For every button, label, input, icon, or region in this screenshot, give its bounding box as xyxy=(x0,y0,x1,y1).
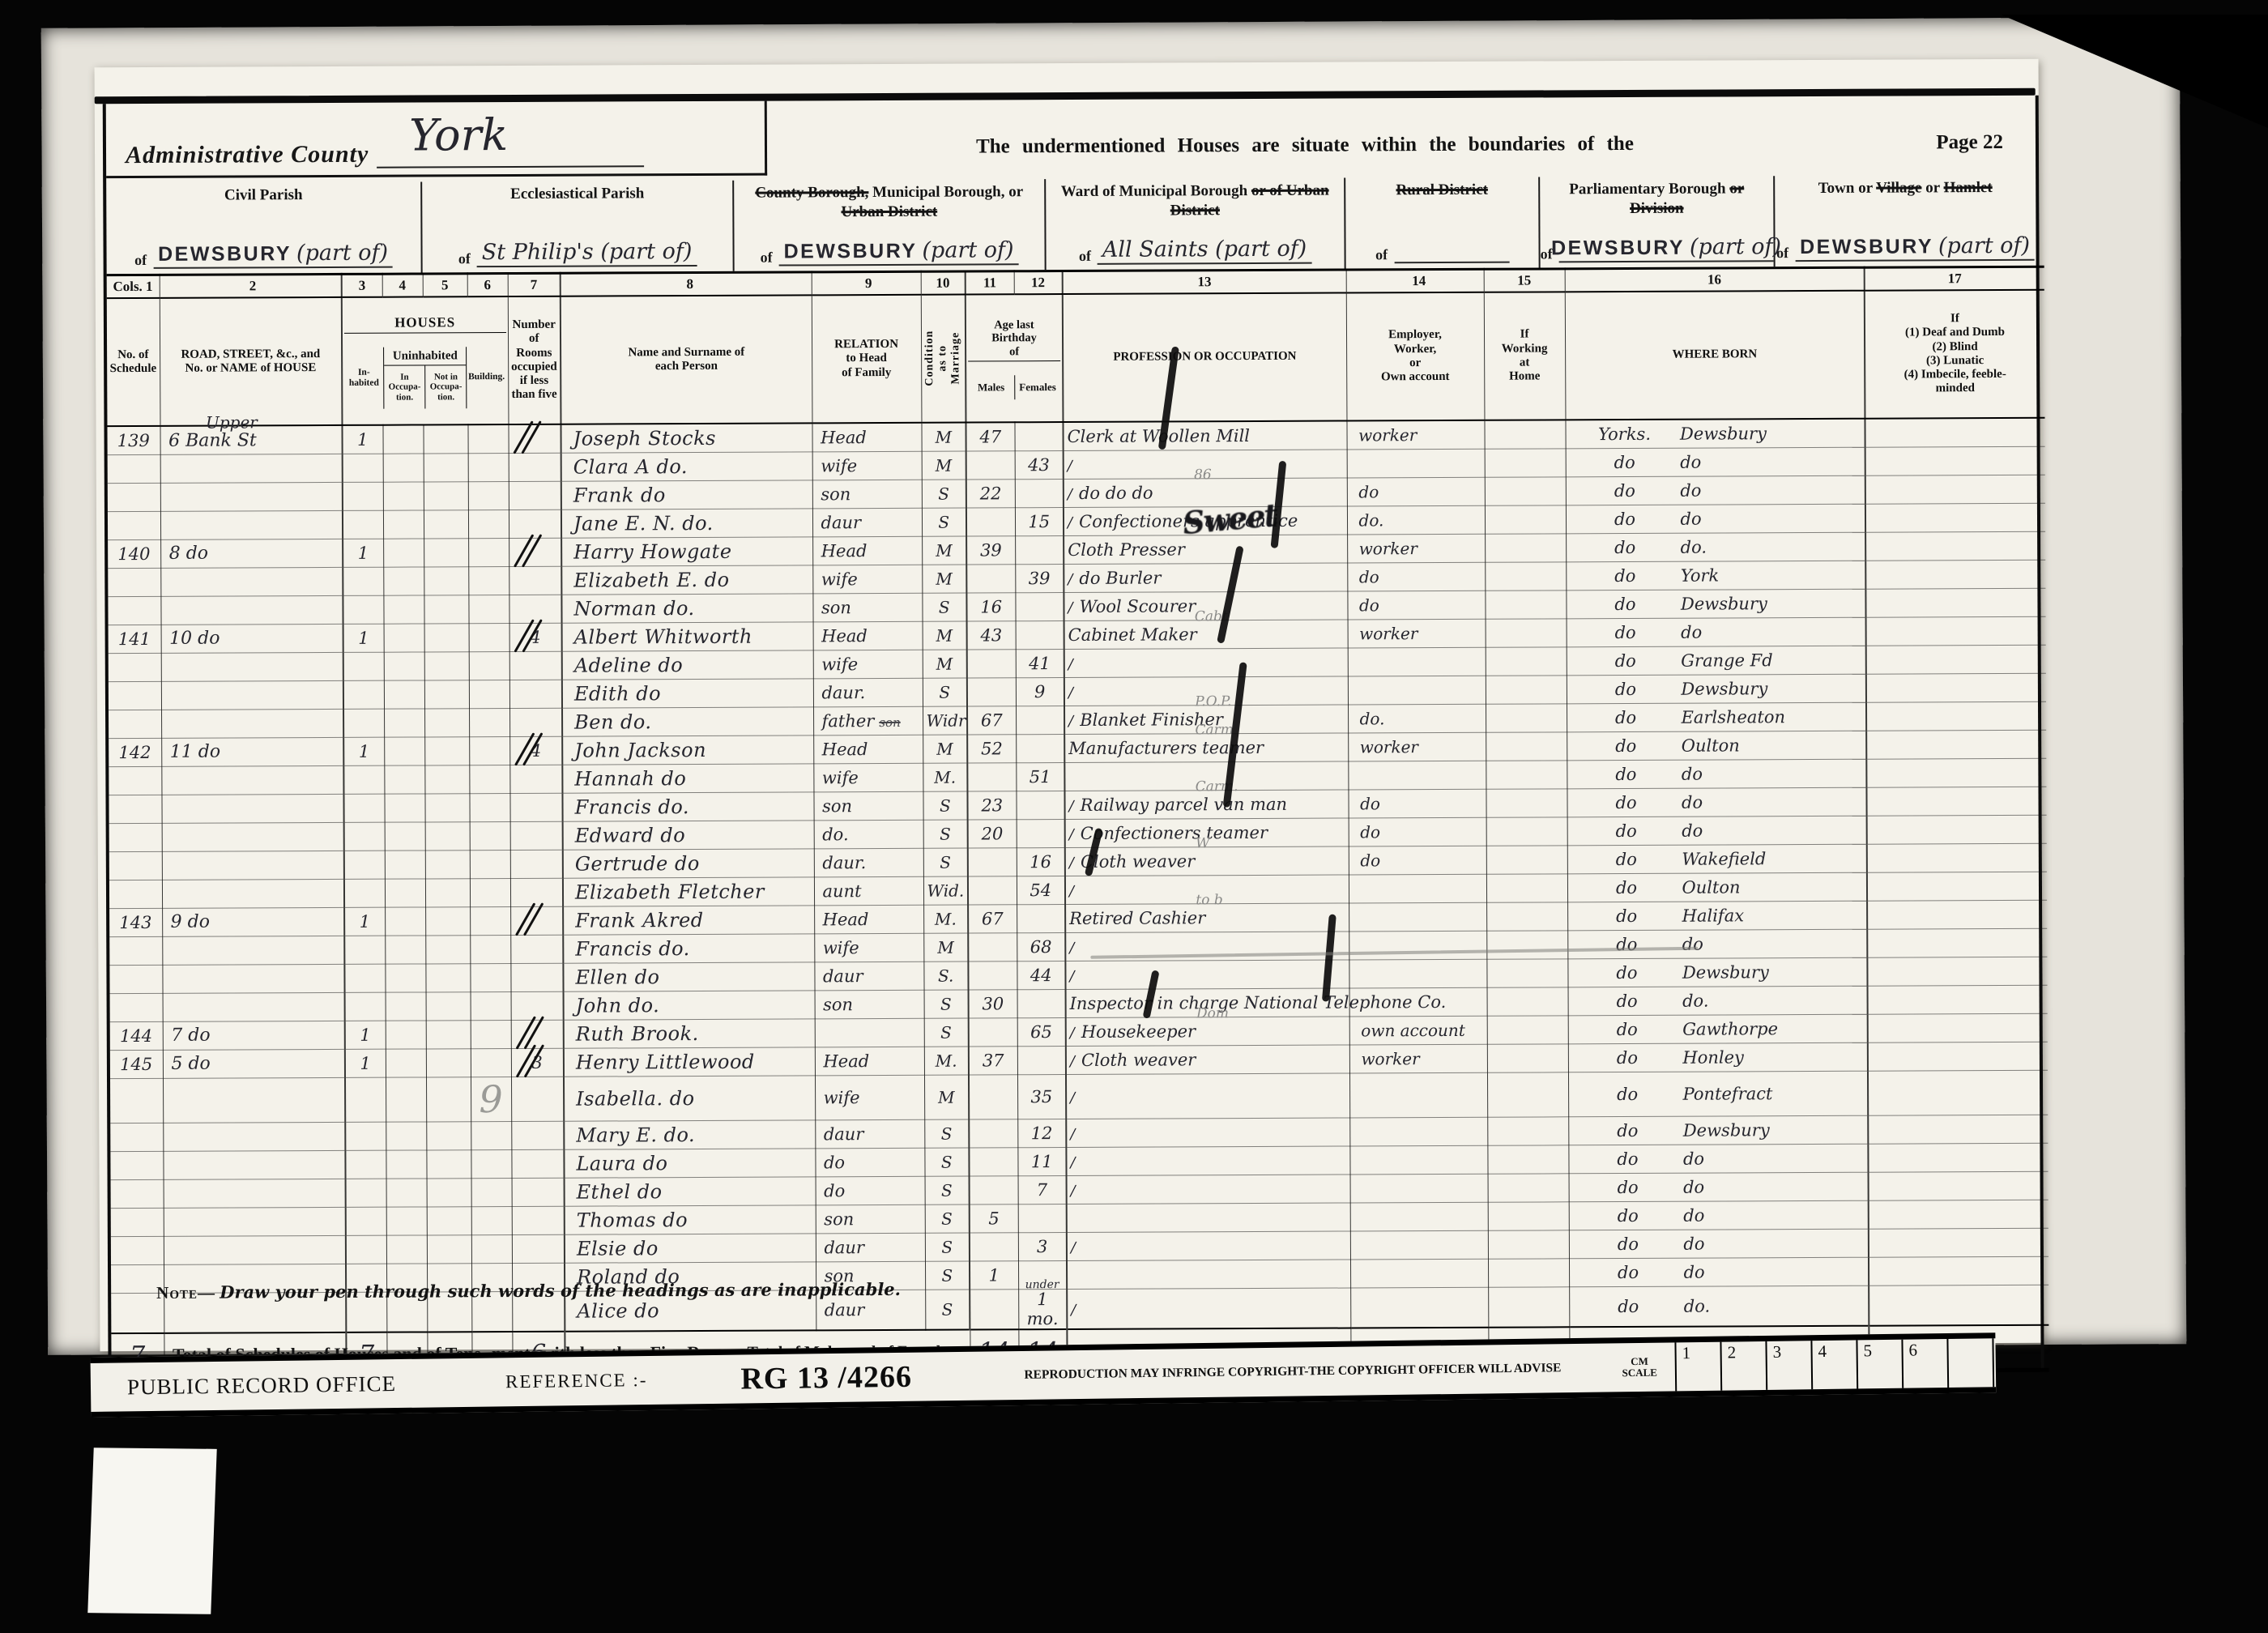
road-cell: 9 do xyxy=(162,907,344,936)
where-born-wrap: doEarlsheaton xyxy=(1571,706,1863,727)
working-at-home-cell xyxy=(1486,732,1567,761)
undermentioned-houses-text: The undermentioned Houses are situate wi… xyxy=(787,132,1823,160)
ruler-cell: 3 xyxy=(1767,1341,1813,1390)
condition-cell: S. xyxy=(923,961,968,990)
building-cell xyxy=(470,850,510,878)
condition-cell: S xyxy=(923,791,967,820)
age-female-cell: 65 xyxy=(1017,1017,1066,1046)
road-cell xyxy=(160,482,343,511)
age-male-cell: 43 xyxy=(967,621,1016,650)
name-cell: John do. xyxy=(564,991,815,1020)
road-cell xyxy=(163,1150,345,1179)
where-born-cell: Yorks.Dewsbury xyxy=(1565,419,1865,449)
infirmity-cell xyxy=(1869,1285,2048,1325)
building-cell xyxy=(470,906,510,935)
age-female-cell: 68 xyxy=(1017,932,1065,961)
age-female-cell xyxy=(1015,479,1064,507)
infirmity-cell xyxy=(1865,475,2045,504)
condition-cell: S xyxy=(925,1261,970,1290)
header-condition: Condition as to Marriage xyxy=(921,294,966,423)
age-male-cell: 30 xyxy=(969,990,1017,1018)
schedule-number-cell xyxy=(108,483,160,511)
column-number: Cols. 1 xyxy=(107,275,160,297)
tally-tick: ∕ xyxy=(1071,1302,1076,1319)
uninhabited-not-occupation-cell xyxy=(424,680,469,708)
condition-cell: M. xyxy=(923,905,968,933)
schedule-number-cell: 141 xyxy=(109,625,161,653)
name-cell: Ellen do xyxy=(563,962,814,991)
column-number: 7 xyxy=(508,273,561,296)
tally-tick: ∕ xyxy=(1069,883,1074,900)
age-female-cell: 9 xyxy=(1016,677,1064,706)
relation-cell: wife xyxy=(812,451,922,480)
occupation-cell: Retired Cashierto b xyxy=(1065,903,1349,933)
employer-cell: do. xyxy=(1347,505,1485,535)
admin-county-row: Administrative County York The underment… xyxy=(106,96,2036,183)
where-born-county: do xyxy=(1571,849,1682,869)
uninhabited-in-occupation-cell xyxy=(385,936,425,964)
working-at-home-cell xyxy=(1486,676,1567,704)
uninhabited-not-occupation-cell xyxy=(425,906,470,935)
where-born-county: do xyxy=(1571,792,1682,812)
age-male-cell xyxy=(969,1119,1017,1148)
name-cell: Mary E. do. xyxy=(564,1120,815,1149)
age-male-cell xyxy=(968,933,1017,961)
where-born-wrap: dodo xyxy=(1571,791,1863,812)
road-cell xyxy=(161,680,343,710)
header-rooms: Number of Rooms occupied if less than fi… xyxy=(508,296,561,424)
occupation-text: Cloth weaver xyxy=(1081,851,1195,872)
road-cell: 11 do xyxy=(161,737,343,766)
inhabited-cell xyxy=(343,510,383,539)
employer-cell xyxy=(1350,1174,1488,1203)
relation-cell: Head xyxy=(814,905,923,934)
name-cell: Edith do xyxy=(562,679,813,708)
occupation-text: do Burler xyxy=(1079,568,1161,587)
working-at-home-cell xyxy=(1485,562,1566,591)
age-female-cell xyxy=(1016,734,1064,762)
road-cell xyxy=(162,822,344,851)
age-female-cell: 16 xyxy=(1017,847,1065,876)
employer-cell xyxy=(1350,1259,1488,1288)
working-at-home-cell xyxy=(1488,1174,1569,1202)
administrative-county-label: Administrative County xyxy=(126,141,369,169)
relation-cell: son xyxy=(816,1204,925,1234)
relation-cell: daur. xyxy=(814,848,923,877)
rooms-cell xyxy=(509,651,562,680)
rooms-cell xyxy=(512,1234,565,1263)
where-born-county: do xyxy=(1570,565,1681,586)
cm-scale-label: CM SCALE xyxy=(1622,1355,1657,1379)
uninhabited-not-occupation-cell xyxy=(427,1178,471,1206)
condition-cell: S xyxy=(922,593,966,621)
working-at-home-cell xyxy=(1485,449,1566,477)
schedule-number-cell xyxy=(109,766,161,795)
schedule-number-cell xyxy=(110,993,163,1021)
road-cell xyxy=(162,936,344,965)
where-born-wrap: dodo xyxy=(1570,621,1862,642)
ruler-cell xyxy=(1948,1338,1994,1388)
employer-cell: worker xyxy=(1346,420,1484,450)
infirmity-cell xyxy=(1869,1171,2048,1200)
administrative-county-box: Administrative County York xyxy=(106,101,767,179)
occupation-text: Wool Scourer xyxy=(1079,596,1196,616)
age-male-cell xyxy=(967,678,1016,706)
where-born-cell: dodo xyxy=(1569,1200,1869,1230)
age-female-cell: 12 xyxy=(1017,1119,1066,1147)
census-form-page: Administrative County York The underment… xyxy=(95,59,2044,1351)
schedule-number-cell xyxy=(109,965,162,993)
road-cell xyxy=(163,1077,345,1123)
name-cell: Francis do. xyxy=(562,792,813,821)
rooms-cell xyxy=(511,991,564,1020)
relation-cell: son xyxy=(815,990,924,1019)
condition-cell: Wid. xyxy=(923,876,968,905)
occupation-cell: ∕Cloth weaverW xyxy=(1065,846,1349,876)
where-born-place: Oulton xyxy=(1682,876,1863,897)
where-born-wrap: doWakefield xyxy=(1571,848,1863,869)
road-cell xyxy=(164,1207,346,1236)
uninhabited-not-occupation-cell xyxy=(426,1048,471,1077)
road-cell xyxy=(163,1122,345,1151)
where-born-place: do. xyxy=(1682,990,1864,1010)
building-cell xyxy=(468,566,509,595)
district-label-segment: Village xyxy=(1876,179,1921,196)
district-label-segment: Urban District xyxy=(841,203,937,220)
where-born-cell: dodo xyxy=(1566,504,1865,534)
schedule-number-cell xyxy=(110,1123,163,1151)
name-cell: Joseph Stocks xyxy=(561,424,812,453)
where-born-wrap: doPontefract xyxy=(1572,1083,1865,1104)
employer-cell: do xyxy=(1349,846,1486,875)
rooms-cell xyxy=(511,1077,564,1121)
schedule-number-cell xyxy=(110,1151,163,1179)
age-male-cell: 1 xyxy=(970,1261,1018,1290)
district-3: Ward of Municipal Borough or of Urban Di… xyxy=(1046,178,1345,271)
district-stamp-value: DEWSBURY xyxy=(1551,237,1685,261)
infirmity-cell xyxy=(1867,928,2047,957)
age-male-cell: 37 xyxy=(969,1047,1017,1075)
column-number: 10 xyxy=(921,271,966,294)
district-5: Parliamentary Borough or DivisionofDEWSB… xyxy=(1540,176,1775,267)
age-female-cell: 39 xyxy=(1015,564,1064,592)
column-number: 11 xyxy=(966,271,1014,294)
where-born-county: do xyxy=(1570,622,1681,642)
tally-tick: ∕ xyxy=(1068,599,1072,616)
infirmity-cell xyxy=(1869,1200,2048,1229)
age-female-cell: 7 xyxy=(1018,1175,1067,1204)
name-cell: Elizabeth E. do xyxy=(561,565,812,595)
where-born-wrap: dodo xyxy=(1571,820,1863,841)
infirmity-cell xyxy=(1868,1070,2048,1115)
name-cell: John Jackson xyxy=(562,735,813,765)
road-cell xyxy=(164,1235,346,1264)
where-born-wrap: doOulton xyxy=(1571,735,1863,756)
uninhabited-in-occupation-cell xyxy=(386,1077,426,1122)
road-cell xyxy=(163,992,345,1021)
inhabited-cell: 1 xyxy=(343,624,384,652)
rooms-cell xyxy=(511,1149,564,1178)
tally-tick: ∕ xyxy=(1068,571,1072,588)
paper-scrap xyxy=(87,1448,216,1614)
rooms-cell xyxy=(510,906,563,935)
uninhabited-not-occupation-cell xyxy=(424,651,469,680)
column-headers-row: No. of Schedule ROAD, STREET, &c., and N… xyxy=(107,289,2045,426)
infirmity-cell xyxy=(1869,1256,2048,1286)
employer-cell: worker xyxy=(1347,534,1485,563)
age-male-cell xyxy=(968,876,1017,905)
uninhabited-in-occupation-cell xyxy=(385,964,425,992)
where-born-place: do xyxy=(1680,451,1861,471)
where-born-cell: doGrange Fd xyxy=(1567,646,1866,676)
building-cell xyxy=(469,708,509,736)
road-cell: 7 do xyxy=(163,1021,345,1050)
where-born-county: do xyxy=(1571,707,1682,727)
relation-cell: Head xyxy=(813,735,923,764)
building-cell xyxy=(469,765,509,793)
rooms-cell xyxy=(510,850,563,878)
where-born-wrap: doDewsbury xyxy=(1571,961,1864,983)
inhabited-cell: 1 xyxy=(343,737,384,765)
employer-cell: own account xyxy=(1349,1016,1487,1045)
road-cell xyxy=(160,454,343,483)
where-born-cell: dodo xyxy=(1569,1257,1869,1287)
where-born-cell: dodo xyxy=(1567,617,1866,647)
where-born-place: Oulton xyxy=(1682,735,1863,755)
inhabited-cell xyxy=(343,680,384,709)
district-value-line: DEWSBURY(part of) xyxy=(778,237,1018,266)
occupation-cell: ∕ xyxy=(1066,1118,1349,1148)
building-cell xyxy=(471,1121,511,1149)
occupation-cell: ∕ xyxy=(1065,960,1349,990)
where-born-place: do xyxy=(1680,508,1861,528)
where-born-place: do xyxy=(1681,621,1862,642)
district-label-segment: Ecclesiastical Parish xyxy=(510,185,644,203)
inhabited-cell xyxy=(344,936,385,964)
page-number: Page 22 xyxy=(1936,131,2003,154)
district-label: Parliamentary Borough or Division xyxy=(1540,179,1773,219)
age-female-cell: 1 mo.under xyxy=(1018,1289,1067,1329)
inhabited-cell xyxy=(345,1077,386,1122)
inhabited-cell xyxy=(345,1150,386,1179)
district-label: County Borough, Municipal Borough, or Ur… xyxy=(734,182,1044,222)
where-born-place: Grange Fd xyxy=(1681,650,1862,670)
road-cell: 5 do xyxy=(163,1049,345,1078)
inhabited-cell xyxy=(343,765,384,794)
where-born-place: Dewsbury xyxy=(1681,593,1862,613)
uninhabited-not-occupation-cell xyxy=(423,424,467,453)
uninhabited-not-occupation-cell xyxy=(424,510,468,538)
rooms-cell xyxy=(512,1178,565,1206)
column-number: 8 xyxy=(561,272,812,296)
employer-cell xyxy=(1347,449,1485,478)
age-female-cell: 43 xyxy=(1015,450,1064,479)
column-number: 5 xyxy=(423,274,467,296)
age-male-cell: 20 xyxy=(968,820,1017,848)
where-born-cell: dodo xyxy=(1566,447,1865,477)
district-0: Civil ParishofDEWSBURY(part of) xyxy=(106,181,422,274)
condition-cell: S xyxy=(925,1233,970,1261)
ruler-cell: 4 xyxy=(1812,1340,1858,1389)
pencil-annotation: P.O.P. xyxy=(1195,693,1231,710)
header-age: Age last Birthday of xyxy=(968,317,1060,362)
district-script-value: (part of) xyxy=(922,237,1013,262)
schedule-number-cell xyxy=(109,710,161,738)
district-label-segment: Town or xyxy=(1818,180,1877,197)
name-cell: Ben do. xyxy=(562,707,813,736)
where-born-wrap: doHalifax xyxy=(1571,905,1864,926)
where-born-cell: doDewsbury xyxy=(1566,589,1865,619)
occupation-cell xyxy=(1067,1260,1350,1290)
uninhabited-not-occupation-cell xyxy=(426,1077,471,1121)
district-value: ofSt Philip's (part of) xyxy=(422,239,732,268)
infirmity-cell xyxy=(1866,787,2046,816)
pencil-annotation: 9 xyxy=(479,1077,503,1121)
where-born-wrap: dodo xyxy=(1571,763,1863,784)
name-cell: Edward do xyxy=(563,821,814,850)
uninhabited-not-occupation-cell xyxy=(424,453,468,481)
age-female-cell xyxy=(1016,706,1064,734)
infirmity-cell xyxy=(1865,588,2045,617)
relation-cell: Head xyxy=(812,423,921,452)
employer-cell: do xyxy=(1347,477,1485,506)
name-cell: Isabella. do xyxy=(564,1076,815,1121)
condition-cell: M. xyxy=(923,763,967,791)
age-male-cell xyxy=(966,451,1015,480)
building-cell xyxy=(468,453,509,481)
uninhabited-not-occupation-cell xyxy=(427,1234,471,1263)
tally-tick: ∕ xyxy=(1068,684,1073,701)
building-cell xyxy=(469,736,509,765)
condition-cell: M. xyxy=(924,1047,969,1075)
schedule-number-cell xyxy=(108,596,160,625)
header-not-in-occupation: Not in Occupa- tion. xyxy=(425,365,466,408)
infirmity-cell xyxy=(1865,418,2044,447)
road-cell xyxy=(161,652,343,681)
district-value: ofDEWSBURY(part of) xyxy=(1775,233,2036,262)
road-cell xyxy=(161,709,343,738)
occupation-cell: ∕do Burler xyxy=(1064,563,1347,593)
employer-cell: do. xyxy=(1348,704,1486,733)
rooms-cell xyxy=(510,963,563,991)
rooms-cell xyxy=(509,510,561,538)
building-cell xyxy=(469,793,509,821)
inhabited-cell xyxy=(346,1235,386,1264)
inhabited-cell xyxy=(344,879,385,907)
district-value-line: DEWSBURY(part of) xyxy=(1795,233,2035,262)
infirmity-cell xyxy=(1867,900,2047,929)
working-at-home-cell xyxy=(1485,534,1566,562)
age-male-cell: 47 xyxy=(966,423,1014,451)
relation-cell: son xyxy=(812,593,922,622)
district-script-value: St Philip's (part of) xyxy=(482,239,693,265)
working-at-home-cell xyxy=(1486,789,1567,817)
road-cell: 10 do xyxy=(161,624,343,653)
district-value-line: All Saints (part of) xyxy=(1098,237,1311,265)
district-label-segment: Ward of Municipal Borough xyxy=(1061,182,1251,200)
where-born-cell: doGawthorpe xyxy=(1568,1014,1868,1044)
where-born-cell: doDewsbury xyxy=(1567,674,1866,704)
where-born-cell: doYork xyxy=(1566,561,1865,591)
where-born-county: do xyxy=(1570,537,1681,557)
uninhabited-in-occupation-cell xyxy=(383,539,424,567)
working-at-home-cell xyxy=(1486,846,1567,874)
relation-cell: wife xyxy=(813,650,923,679)
working-at-home-cell xyxy=(1486,959,1567,987)
uninhabited-not-occupation-cell xyxy=(424,708,469,736)
infirmity-cell xyxy=(1866,645,2046,674)
road-text: 8 do xyxy=(169,544,208,564)
uninhabited-in-occupation-cell xyxy=(384,794,424,822)
age-male-cell: 52 xyxy=(967,735,1016,763)
district-of: of xyxy=(1776,245,1788,262)
age-female-cell: 54 xyxy=(1017,876,1065,904)
header-houses-group: HOUSES In- habited Uninhabited In Occupa… xyxy=(342,296,509,426)
relation-cell: daur xyxy=(816,1233,925,1262)
tally-tick: ∕ xyxy=(1068,486,1072,503)
relation-cell: wife xyxy=(815,1075,924,1120)
where-born-place: Dewsbury xyxy=(1681,678,1862,698)
rooms-cell xyxy=(509,566,561,595)
pencil-annotation: 86 xyxy=(1194,467,1212,483)
uninhabited-in-occupation-cell xyxy=(385,851,425,879)
uninhabited-not-occupation-cell xyxy=(425,878,470,906)
reference-label: REFERENCE :- xyxy=(505,1370,648,1392)
relation-cell: Head xyxy=(813,621,923,650)
infirmity-cell xyxy=(1865,531,2045,561)
condition-cell: Widr xyxy=(923,706,967,735)
copyright-warning: REPRODUCTION MAY INFRINGE COPYRIGHT-THE … xyxy=(981,1361,1605,1384)
where-born-wrap: doGrange Fd xyxy=(1570,650,1862,671)
header-relation: RELATION to Head of Family xyxy=(812,294,922,423)
schedule-number-cell xyxy=(109,795,161,823)
where-born-county: do xyxy=(1569,509,1680,529)
where-born-cell: dodo xyxy=(1567,787,1866,817)
road-cell xyxy=(162,851,344,880)
building-cell xyxy=(470,935,510,963)
where-born-county: do xyxy=(1572,1177,1683,1197)
column-number: 15 xyxy=(1484,269,1565,292)
schedule-number-cell xyxy=(109,880,162,908)
age-female-cell: 11 xyxy=(1017,1147,1066,1175)
building-cell xyxy=(471,1020,511,1048)
working-at-home-cell xyxy=(1487,1044,1568,1072)
road-text: 10 do xyxy=(169,629,220,649)
occupation-text: do do do xyxy=(1079,483,1153,502)
district-of: of xyxy=(1079,248,1091,265)
where-born-county: do xyxy=(1571,764,1682,784)
working-at-home-cell xyxy=(1488,1202,1569,1230)
road-cell: 6 Bank StUpper xyxy=(160,425,342,454)
road-cell xyxy=(162,964,344,993)
employer-cell xyxy=(1350,1202,1488,1231)
schedule-number-cell: 144 xyxy=(110,1021,163,1050)
uninhabited-in-occupation-cell xyxy=(382,425,423,454)
district-label-segment: Civil Parish xyxy=(224,186,303,203)
district-label-segment: Rural District xyxy=(1396,181,1488,198)
uninhabited-not-occupation-cell xyxy=(426,1121,471,1149)
where-born-county: do xyxy=(1569,480,1680,501)
relation-cell: daur xyxy=(814,961,923,991)
district-label-segment: County Borough, xyxy=(755,184,868,202)
road-cell xyxy=(162,879,344,908)
infirmity-cell xyxy=(1868,1115,2048,1144)
age-annotation: under xyxy=(1025,1278,1059,1291)
inhabited-cell xyxy=(345,992,386,1021)
district-of: of xyxy=(1375,246,1388,263)
district-stamp-value: DEWSBURY xyxy=(1800,235,1933,259)
working-at-home-cell xyxy=(1485,505,1566,534)
